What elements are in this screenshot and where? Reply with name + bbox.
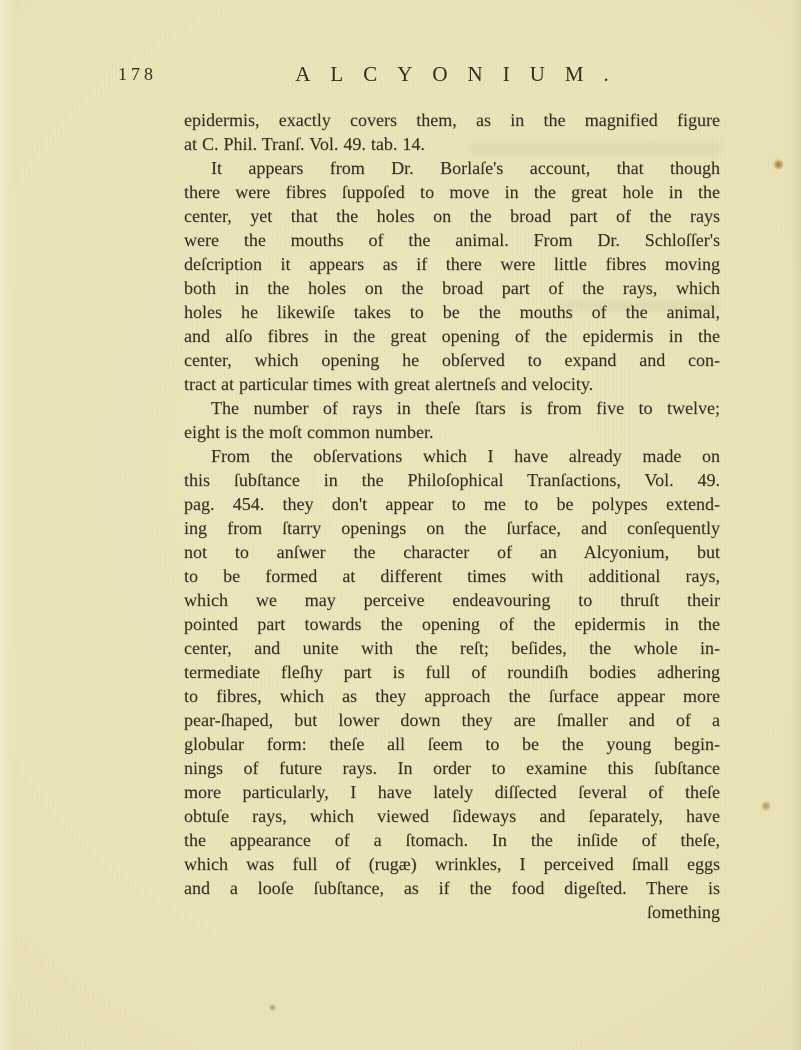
page-number: 178: [118, 64, 157, 85]
text-line: eight is the moſt common number.: [184, 420, 720, 444]
text-line: globular form: theſe all ſeem to be the …: [184, 732, 720, 756]
text-line: center, and unite with the reſt; beſides…: [184, 636, 720, 660]
text-line: this ſubſtance in the Philoſophical Tran…: [184, 468, 720, 492]
foxing-spot: [761, 801, 771, 811]
text-line: at C. Phil. Tranſ. Vol. 49. tab. 14.: [184, 132, 720, 156]
text-line: to fibres, which as they approach the ſu…: [184, 684, 720, 708]
text-line: were the mouths of the animal. From Dr. …: [184, 228, 720, 252]
text-line: there were fibres ſuppoſed to move in th…: [184, 180, 720, 204]
text-line: tract at particular times with great ale…: [184, 372, 720, 396]
text-line: the appearance of a ſtomach. In the inſi…: [184, 828, 720, 852]
book-page: 178 ALCYONIUM. epidermis, exactly covers…: [0, 0, 801, 1050]
text-line: which we may perceive endeavouring to th…: [184, 588, 720, 612]
text-line: holes he likewiſe takes to be the mouths…: [184, 300, 720, 324]
text-line: pointed part towards the opening of the …: [184, 612, 720, 636]
text-line: which was full of (rugæ) wrinkles, I per…: [184, 852, 720, 876]
text-line: and alſo fibres in the great opening of …: [184, 324, 720, 348]
catchword: ſomething: [184, 900, 720, 924]
running-title: ALCYONIUM.: [184, 62, 720, 87]
text-line: epidermis, exactly covers them, as in th…: [184, 108, 720, 132]
body-text: epidermis, exactly covers them, as in th…: [184, 108, 720, 924]
text-line: ing from ſtarry openings on the ſurface,…: [184, 516, 720, 540]
text-line: not to anſwer the character of an Alcyon…: [184, 540, 720, 564]
text-line: nings of future rays. In order to examin…: [184, 756, 720, 780]
text-line: obtuſe rays, which viewed ſideways and ſ…: [184, 804, 720, 828]
text-line: center, which opening he obſerved to exp…: [184, 348, 720, 372]
text-line: both in the holes on the broad part of t…: [184, 276, 720, 300]
text-line: and a looſe ſubſtance, as if the food di…: [184, 876, 720, 900]
text-line: pag. 454. they don't appear to me to be …: [184, 492, 720, 516]
text-line: deſcription it appears as if there were …: [184, 252, 720, 276]
foxing-spot: [773, 159, 784, 170]
text-line: to be formed at different times with add…: [184, 564, 720, 588]
text-line: more particularly, I have lately diſſect…: [184, 780, 720, 804]
text-line: center, yet that the holes on the broad …: [184, 204, 720, 228]
foxing-spot: [269, 1004, 276, 1011]
text-line: The number of rays in theſe ſtars is fro…: [184, 396, 720, 420]
text-line: From the obſervations which I have alrea…: [184, 444, 720, 468]
text-line: termediate fleſhy part is full of roundi…: [184, 660, 720, 684]
text-line: pear-ſhaped, but lower down they are ſma…: [184, 708, 720, 732]
text-line: It appears from Dr. Borlaſe's account, t…: [184, 156, 720, 180]
